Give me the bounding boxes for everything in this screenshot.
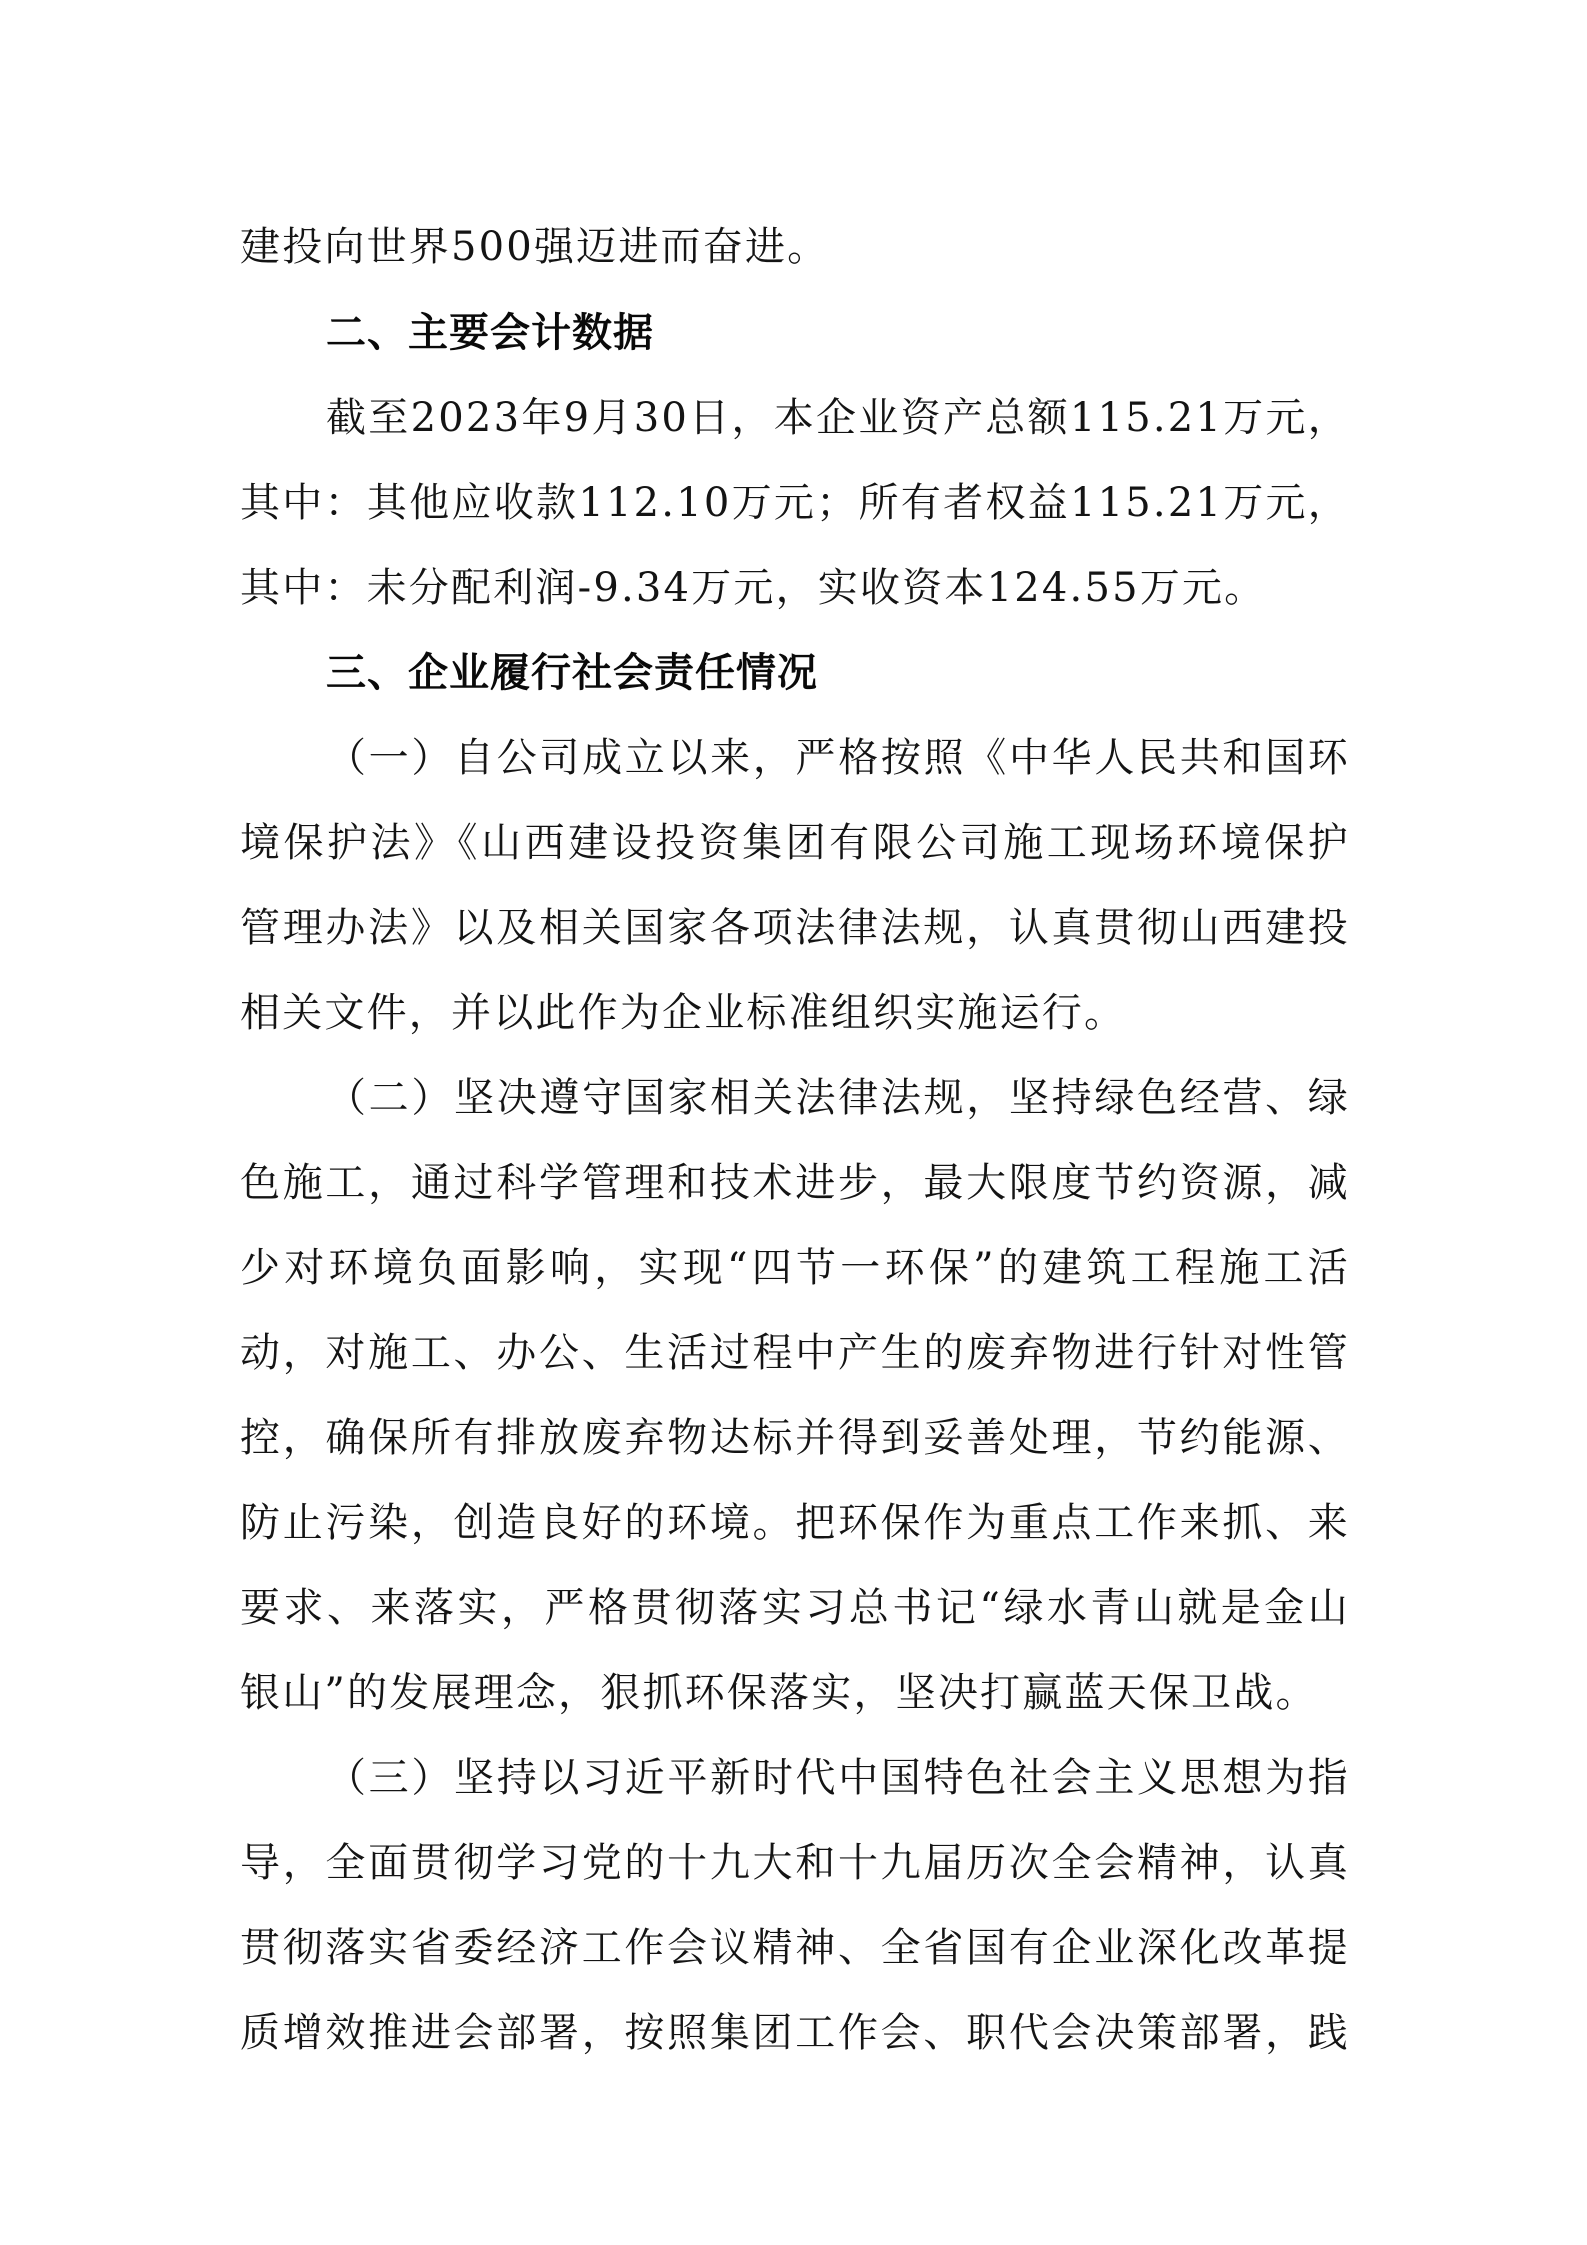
body-line: 其中：未分配利润-9.34万元，实收资本124.55万元。 <box>240 558 1350 618</box>
body-line: 管理办法》以及相关国家各项法律法规，认真贯彻山西建投 <box>240 898 1350 958</box>
body-line: 建投向世界500强迈进而奋进。 <box>240 217 1350 277</box>
section-heading-accounting-data: 二、主要会计数据 <box>326 303 654 363</box>
section-heading-social-responsibility: 三、企业履行社会责任情况 <box>326 643 818 703</box>
body-line: 要求、来落实，严格贯彻落实习总书记“绿水青山就是金山 <box>240 1578 1350 1638</box>
body-line: 贯彻落实省委经济工作会议精神、全省国有企业深化改革提 <box>240 1918 1350 1978</box>
body-line: 相关文件，并以此作为企业标准组织实施运行。 <box>240 983 1350 1043</box>
body-line: （二）坚决遵守国家相关法律法规，坚持绿色经营、绿 <box>326 1068 1350 1128</box>
body-line: 控，确保所有排放废弃物达标并得到妥善处理，节约能源、 <box>240 1408 1350 1468</box>
body-line: 其中：其他应收款112.10万元；所有者权益115.21万元， <box>240 473 1350 533</box>
body-line: 导，全面贯彻学习党的十九大和十九届历次全会精神，认真 <box>240 1833 1350 1893</box>
body-line: （三）坚持以习近平新时代中国特色社会主义思想为指 <box>326 1748 1350 1808</box>
body-line: 色施工，通过科学管理和技术进步，最大限度节约资源，减 <box>240 1153 1350 1213</box>
body-line: 动，对施工、办公、生活过程中产生的废弃物进行针对性管 <box>240 1323 1350 1383</box>
body-line: 质增效推进会部署，按照集团工作会、职代会决策部署，践 <box>240 2003 1350 2063</box>
body-line: 少对环境负面影响，实现“四节一环保”的建筑工程施工活 <box>240 1238 1350 1298</box>
body-line: 银山”的发展理念，狠抓环保落实，坚决打赢蓝天保卫战。 <box>240 1663 1350 1723</box>
body-line: 截至2023年9月30日，本企业资产总额115.21万元， <box>326 388 1350 448</box>
body-line: 境保护法》《山西建设投资集团有限公司施工现场环境保护 <box>240 813 1350 873</box>
document-page: 建投向世界500强迈进而奋进。 二、主要会计数据 截至2023年9月30日，本企… <box>0 0 1587 2245</box>
body-line: 防止污染，创造良好的环境。把环保作为重点工作来抓、来 <box>240 1493 1350 1553</box>
body-line: （一）自公司成立以来，严格按照《中华人民共和国环 <box>326 728 1350 788</box>
